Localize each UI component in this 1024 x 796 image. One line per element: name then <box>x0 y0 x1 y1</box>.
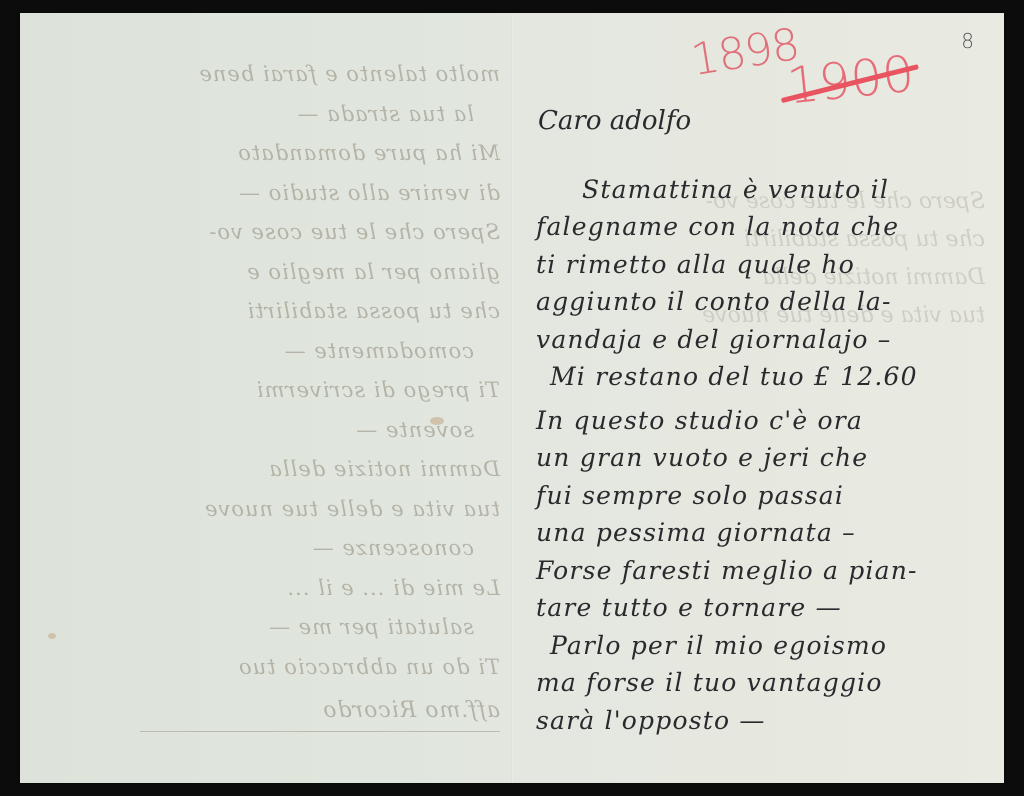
bleed-line: molto talento e farai bene <box>30 55 500 95</box>
letter-line: ma forse il tuo vantaggio <box>536 664 996 702</box>
bleed-line: la tua strada — <box>30 95 500 135</box>
bleed-line: tua vita e delle tue nuove <box>30 490 500 530</box>
right-page: Spero che le tue cose vo- che tu possa s… <box>513 13 1004 783</box>
letter-line: ti rimetto alla quale ho <box>536 246 996 284</box>
letter-line: sarà l'opposto — <box>536 702 996 740</box>
show-through-text: molto talento e farai bene la tua strada… <box>30 55 500 732</box>
pencil-date-annotation: 1898 <box>688 19 803 86</box>
bleed-line: salutati per me — <box>30 608 500 648</box>
letter-line: una pessima giornata – <box>536 514 996 552</box>
bleed-line: Spero che le tue cose vo- <box>30 213 500 253</box>
bleed-line: sovente — <box>30 411 500 451</box>
bleed-line: Mi ha pure domandato <box>30 134 500 174</box>
bleed-line: di venire allo studio — <box>30 174 500 214</box>
salutation: Caro adolfo <box>538 103 996 141</box>
letter-line: fui sempre solo passai <box>536 477 996 515</box>
bleed-line: gliano per la meglio e <box>30 253 500 293</box>
paper-stain <box>48 633 56 639</box>
letter-line: aggiunto il conto della la- <box>536 283 996 321</box>
folio-number: 8 <box>961 29 974 53</box>
letter-line: falegname con la nota che <box>536 208 996 246</box>
left-page: molto talento e farai bene la tua strada… <box>20 13 511 783</box>
letter-line: In questo studio c'è ora <box>536 402 996 440</box>
bleed-line: comodamente — <box>30 332 500 372</box>
bleed-line: conoscenze — <box>30 529 500 569</box>
bleed-line: Dammi notizie della <box>30 450 500 490</box>
letter-line: tare tutto e tornare — <box>536 589 996 627</box>
letter-line: Parlo per il mio egoismo <box>536 627 996 665</box>
paper-stain <box>430 417 444 425</box>
bleed-signature: aff.mo Ricordo <box>140 691 500 732</box>
letter-line: Forse faresti meglio a pian- <box>536 552 996 590</box>
bleed-line: Le mie di ... e il ... <box>30 569 500 609</box>
letter-line: Mi restano del tuo £ 12.60 <box>536 358 996 396</box>
letter-line: un gran vuoto e jeri che <box>536 439 996 477</box>
bleed-line: Ti prego di scrivermi <box>30 371 500 411</box>
letter-sheet: molto talento e farai bene la tua strada… <box>20 13 1004 783</box>
bleed-line: che tu possa stabilirti <box>30 292 500 332</box>
letter-line: Stamattina è venuto il <box>536 171 996 209</box>
letter-body: Caro adolfo Stamattina è venuto il faleg… <box>536 103 996 739</box>
bleed-line: Ti do un abbraccio tuo <box>30 648 500 688</box>
letter-line: vandaja e del giornalajo – <box>536 321 996 359</box>
